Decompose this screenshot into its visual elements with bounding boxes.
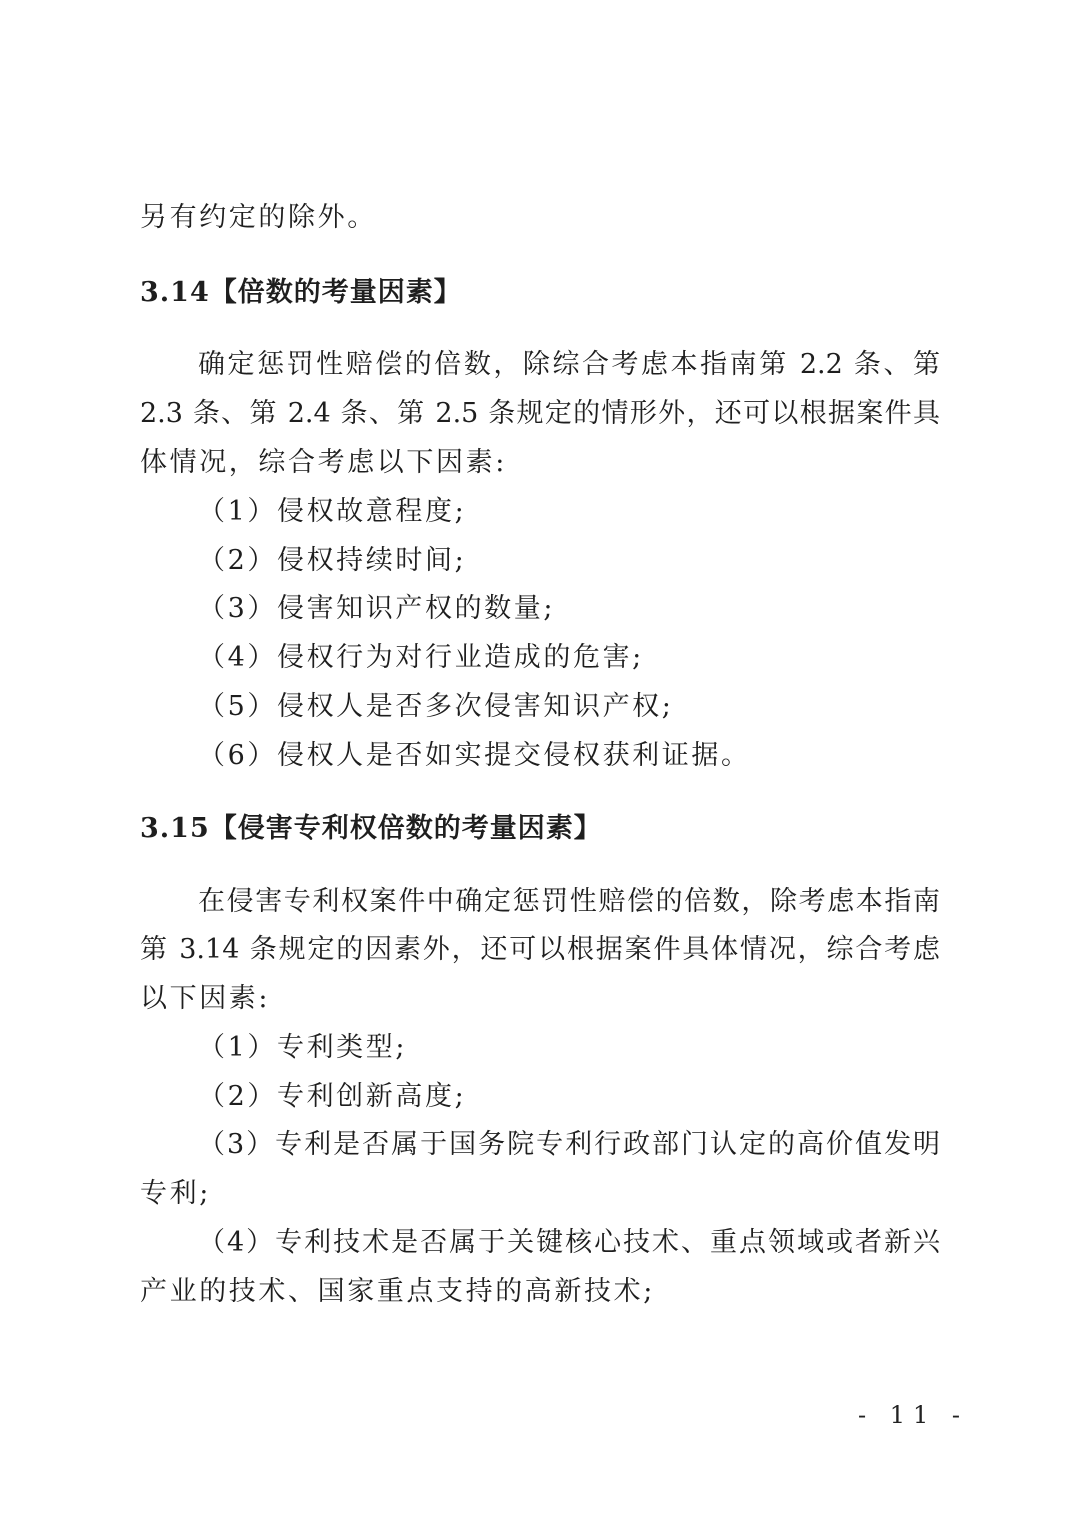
section-3-14-paragraph-line: 2.3 条、第 2.4 条、第 2.5 条规定的情形外，还可以根据案件具 [140,396,940,432]
list-item: （1）专利类型; [198,1030,998,1066]
page-number: - 11 - [858,1398,968,1432]
list-item: （2）侵权持续时间; [198,543,998,579]
continuation-text: 另有约定的除外。 [140,200,940,236]
section-3-14-paragraph-line: 体情况，综合考虑以下因素: [140,445,940,481]
section-heading-3-15: 3.15【侵害专利权倍数的考量因素】 [140,811,940,847]
list-item: （4）侵权行为对行业造成的危害; [198,640,998,676]
section-3-15-paragraph-line: 以下因素: [140,981,940,1017]
list-item: （6）侵权人是否如实提交侵权获利证据。 [198,738,998,774]
section-3-14-paragraph-line: 确定惩罚性赔偿的倍数，除综合考虑本指南第 2.2 条、第 [198,347,940,383]
list-item-continuation: 专利; [140,1176,940,1212]
section-heading-3-14: 3.14【倍数的考量因素】 [140,275,940,311]
section-3-15-paragraph-line: 第 3.14 条规定的因素外，还可以根据案件具体情况，综合考虑 [140,932,940,968]
document-page: 另有约定的除外。 3.14【倍数的考量因素】 确定惩罚性赔偿的倍数，除综合考虑本… [0,0,1080,1526]
list-item: （4）专利技术是否属于关键核心技术、重点领域或者新兴 [198,1225,940,1261]
list-item: （3）侵害知识产权的数量; [198,591,998,627]
section-3-15-paragraph-line: 在侵害专利权案件中确定惩罚性赔偿的倍数，除考虑本指南 [198,884,940,920]
list-item: （2）专利创新高度; [198,1079,998,1115]
list-item: （5）侵权人是否多次侵害知识产权; [198,689,998,725]
list-item: （3）专利是否属于国务院专利行政部门认定的高价值发明 [198,1127,940,1163]
list-item-continuation: 产业的技术、国家重点支持的高新技术; [140,1274,940,1310]
list-item: （1）侵权故意程度; [198,494,998,530]
